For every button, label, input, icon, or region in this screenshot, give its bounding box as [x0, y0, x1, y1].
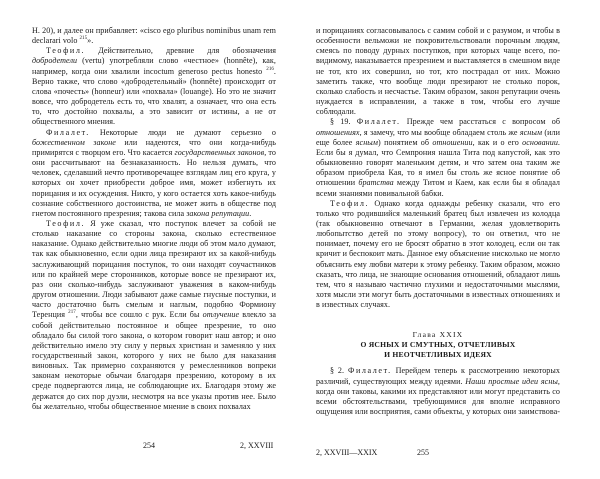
emphasis: государственных законов [175, 148, 265, 157]
text-run: Я уже сказал, что поступок влечет за соб… [32, 219, 276, 319]
text-run: § 19. [330, 117, 357, 126]
emphasis: отлучение [203, 310, 239, 319]
text-run: Прежде чем расстаться с вопросом об [401, 117, 560, 126]
emphasis: братства [358, 178, 393, 187]
emphasis: божественном законе [32, 138, 116, 147]
text-run: влекло за собой действительно постоянное… [32, 310, 276, 410]
emphasis: добродетели [32, 56, 77, 65]
chapter-heading: Глава XXIX О ЯСНЫХ И СМУТНЫХ, ОТЧЕТЛИВЫХ… [316, 330, 560, 360]
text-run: , я замечу, что мы вообще обладаем столь… [360, 128, 520, 137]
speaker-name: Филалет. [46, 128, 90, 137]
chapter-label: Глава XXIX [316, 330, 560, 340]
left-page-text: Н. 20), и далее он прибавляет: «cisco eg… [32, 26, 276, 412]
emphasis: ясным [356, 138, 378, 147]
speaker-name: Теофил. [46, 219, 85, 228]
emphasis: отношениях [316, 128, 360, 137]
chapter-text: § 2. Филалет. Перейдем теперь к рассмотр… [316, 366, 560, 417]
paragraph: § 19. Филалет. Прежде чем расстаться с в… [316, 117, 560, 198]
emphasis: отношении [432, 138, 472, 147]
text-run: , то они рассчитывают на безнаказанность… [32, 148, 276, 218]
left-page: Н. 20), и далее он прибавляет: «cisco eg… [32, 26, 276, 412]
right-page: и порицаниях согласовывалось с самим соб… [316, 26, 560, 417]
emphasis: ясным [520, 128, 542, 137]
text-run: ) понятием об [378, 138, 432, 147]
speaker-name: Теофил. [330, 199, 369, 208]
text-run: Н. 20), и далее он прибавляет: «cisco eg… [32, 26, 276, 45]
right-page-number: 255 [417, 448, 429, 457]
speaker-name: Филалет. [357, 117, 401, 126]
text-run: § 2. [330, 366, 348, 375]
emphasis: основании [522, 138, 558, 147]
paragraph: Филалет. Некоторые люди не думают серьез… [32, 128, 276, 219]
text-run: Действительно, древние для обозначения [85, 46, 276, 55]
speaker-name: Теофил. [46, 46, 85, 55]
text-run: , чтобы все сошло с рук. Если бы [76, 310, 203, 319]
paragraph: Теофил. Однако когда однажды ребенку ска… [316, 199, 560, 311]
text-run: и порицаниях согласовывалось с самим соб… [316, 26, 560, 116]
left-page-number: 254 [143, 441, 155, 450]
footnote-ref: 216 [266, 67, 274, 72]
text-run: , как и о его [473, 138, 523, 147]
text-run: Однако когда однажды ребенку сказали, чт… [316, 199, 560, 310]
footnote-ref: 215 [80, 36, 88, 41]
paragraph: Теофил. Я уже сказал, что поступок влече… [32, 219, 276, 412]
footnote-ref: 217 [68, 310, 76, 315]
speaker-name: Филалет. [348, 366, 392, 375]
paragraph: Теофил. Действительно, древние для обозн… [32, 46, 276, 127]
text-run: ». [87, 36, 93, 45]
right-section-ref: 2, XXVIII—XXIX [316, 448, 377, 457]
left-section-ref: 2, XXVIII [240, 441, 273, 450]
paragraph: Н. 20), и далее он прибавляет: «cisco eg… [32, 26, 276, 46]
text-run: . [249, 209, 251, 218]
right-page-text: и порицаниях согласовывалось с самим соб… [316, 26, 560, 310]
paragraph: § 2. Филалет. Перейдем теперь к рассмотр… [316, 366, 560, 417]
emphasis: закона репутации [186, 209, 249, 218]
text-run: Некоторые люди не думают серьезно о [90, 128, 276, 137]
paragraph: и порицаниях согласовывалось с самим соб… [316, 26, 560, 117]
chapter-title-line-1: О ЯСНЫХ И СМУТНЫХ, ОТЧЕТЛИВЫХ [316, 340, 560, 350]
chapter-title-line-2: И НЕОТЧЕТЛИВЫХ ИДЕЯХ [316, 350, 560, 360]
emphasis: Наши простые идеи ясны [465, 377, 558, 386]
